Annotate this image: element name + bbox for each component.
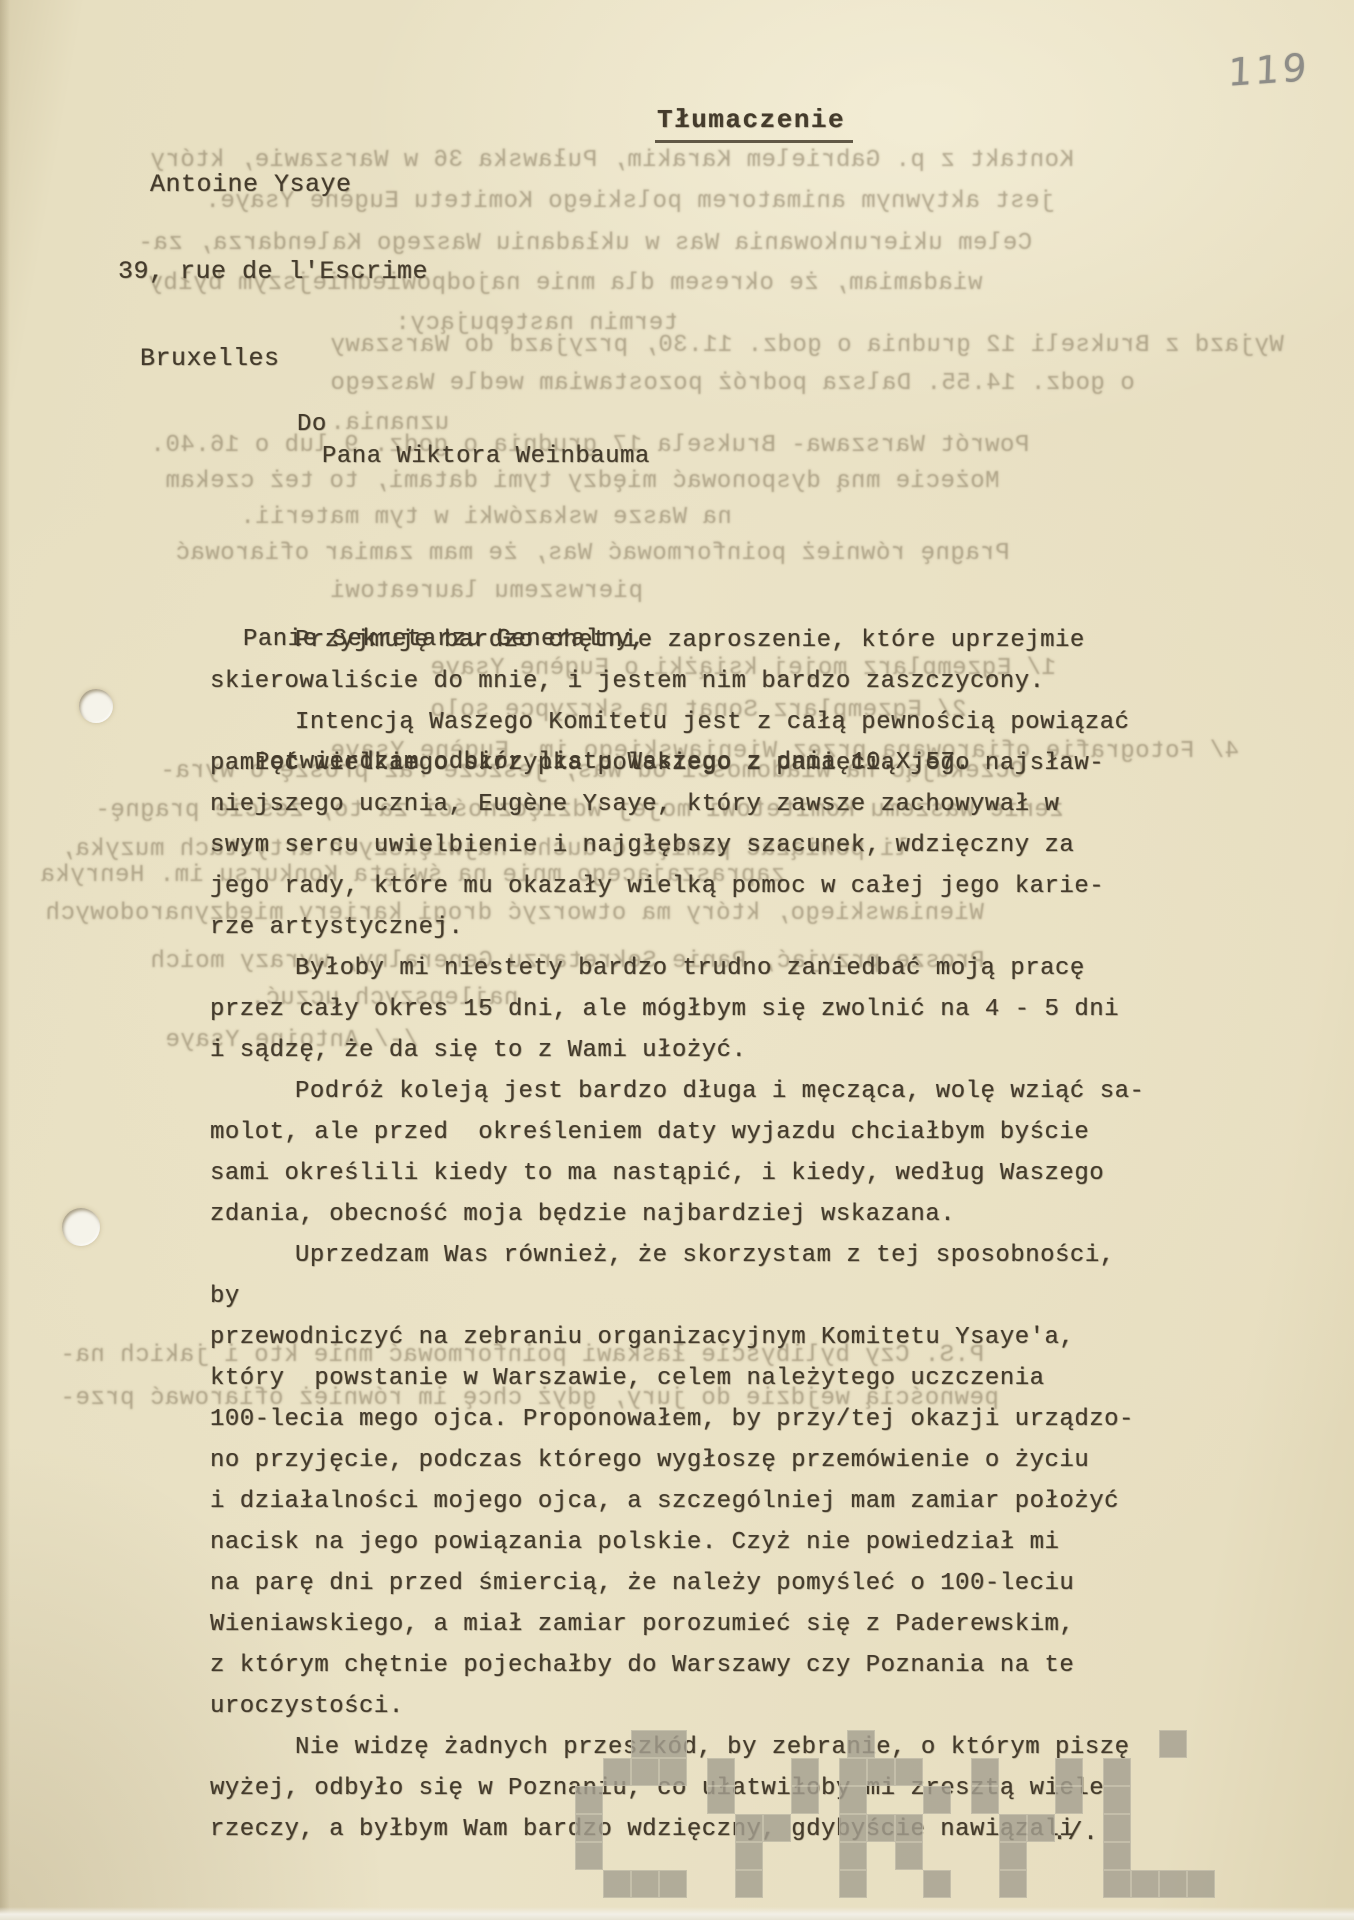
letter-body: Przyjmuję bardzo chętnie zaproszenie, kt…: [210, 620, 1150, 1850]
page-number-pencil: 119: [1227, 45, 1310, 95]
scanner-bottom-edge: [0, 1907, 1354, 1920]
letter-paragraph: Podróż koleją jest bardzo długa i męcząc…: [210, 1071, 1150, 1235]
watermark-cell: [659, 1870, 687, 1898]
watermark-cell: [735, 1870, 763, 1898]
continuation-mark: ./.: [1052, 1818, 1099, 1847]
letter-paragraph: Intencją Waszego Komitetu jest z całą pe…: [210, 702, 1150, 948]
watermark-cell: [1131, 1870, 1159, 1898]
hole-punch-bottom: [62, 1208, 100, 1246]
recipient-name: Pana Wiktora Weinbauma: [322, 443, 650, 470]
hole-punch-top: [79, 689, 113, 723]
letter-paragraph: Byłoby mi niestety bardzo trudno zaniedb…: [210, 948, 1150, 1071]
watermark-cell: [999, 1870, 1027, 1898]
sender-city-line: Bruxelles: [118, 344, 428, 373]
letter-paragraph: Przyjmuję bardzo chętnie zaproszenie, kt…: [210, 620, 1150, 702]
letter-paragraph: Nie widzę żadnych przeszkód, by zebranie…: [210, 1727, 1150, 1850]
watermark-cell: [603, 1870, 631, 1898]
sender-name-line: Antoine Ysaye: [118, 170, 428, 199]
watermark-cell: [923, 1870, 951, 1898]
watermark-cell: [839, 1870, 867, 1898]
bleedthrough-line: Możecie mną dysponować między tymi datam…: [165, 468, 1000, 495]
recipient-to-label: Do: [297, 411, 327, 438]
bleedthrough-line: na Wasze wskazówki w tym materii.: [240, 504, 732, 531]
watermark-cell: [1103, 1870, 1131, 1898]
watermark-cell: [631, 1870, 659, 1898]
sender-address: Antoine Ysaye 39, rue de l'Escrime Bruxe…: [118, 112, 428, 431]
letter-paragraph: Uprzedzam Was również, że skorzystam z t…: [210, 1235, 1150, 1727]
bleedthrough-line: Wyjazd z Brukseli 12 grudnia o godz. 11.…: [330, 332, 1284, 359]
watermark-cell: [1187, 1870, 1215, 1898]
scanned-letter-page: Kontakt z p. Gabrielem Karakim, Puławska…: [0, 0, 1354, 1920]
watermark-cell: [1159, 1870, 1187, 1898]
bleedthrough-line: termin następujący:: [395, 310, 678, 337]
sender-street-line: 39, rue de l'Escrime: [118, 257, 428, 286]
bleedthrough-line: o godz. 14.55. Dalsza podróż pozostawiam…: [330, 370, 1135, 397]
translation-label: Tłumaczenie: [655, 105, 853, 143]
watermark-cell: [1159, 1730, 1187, 1758]
